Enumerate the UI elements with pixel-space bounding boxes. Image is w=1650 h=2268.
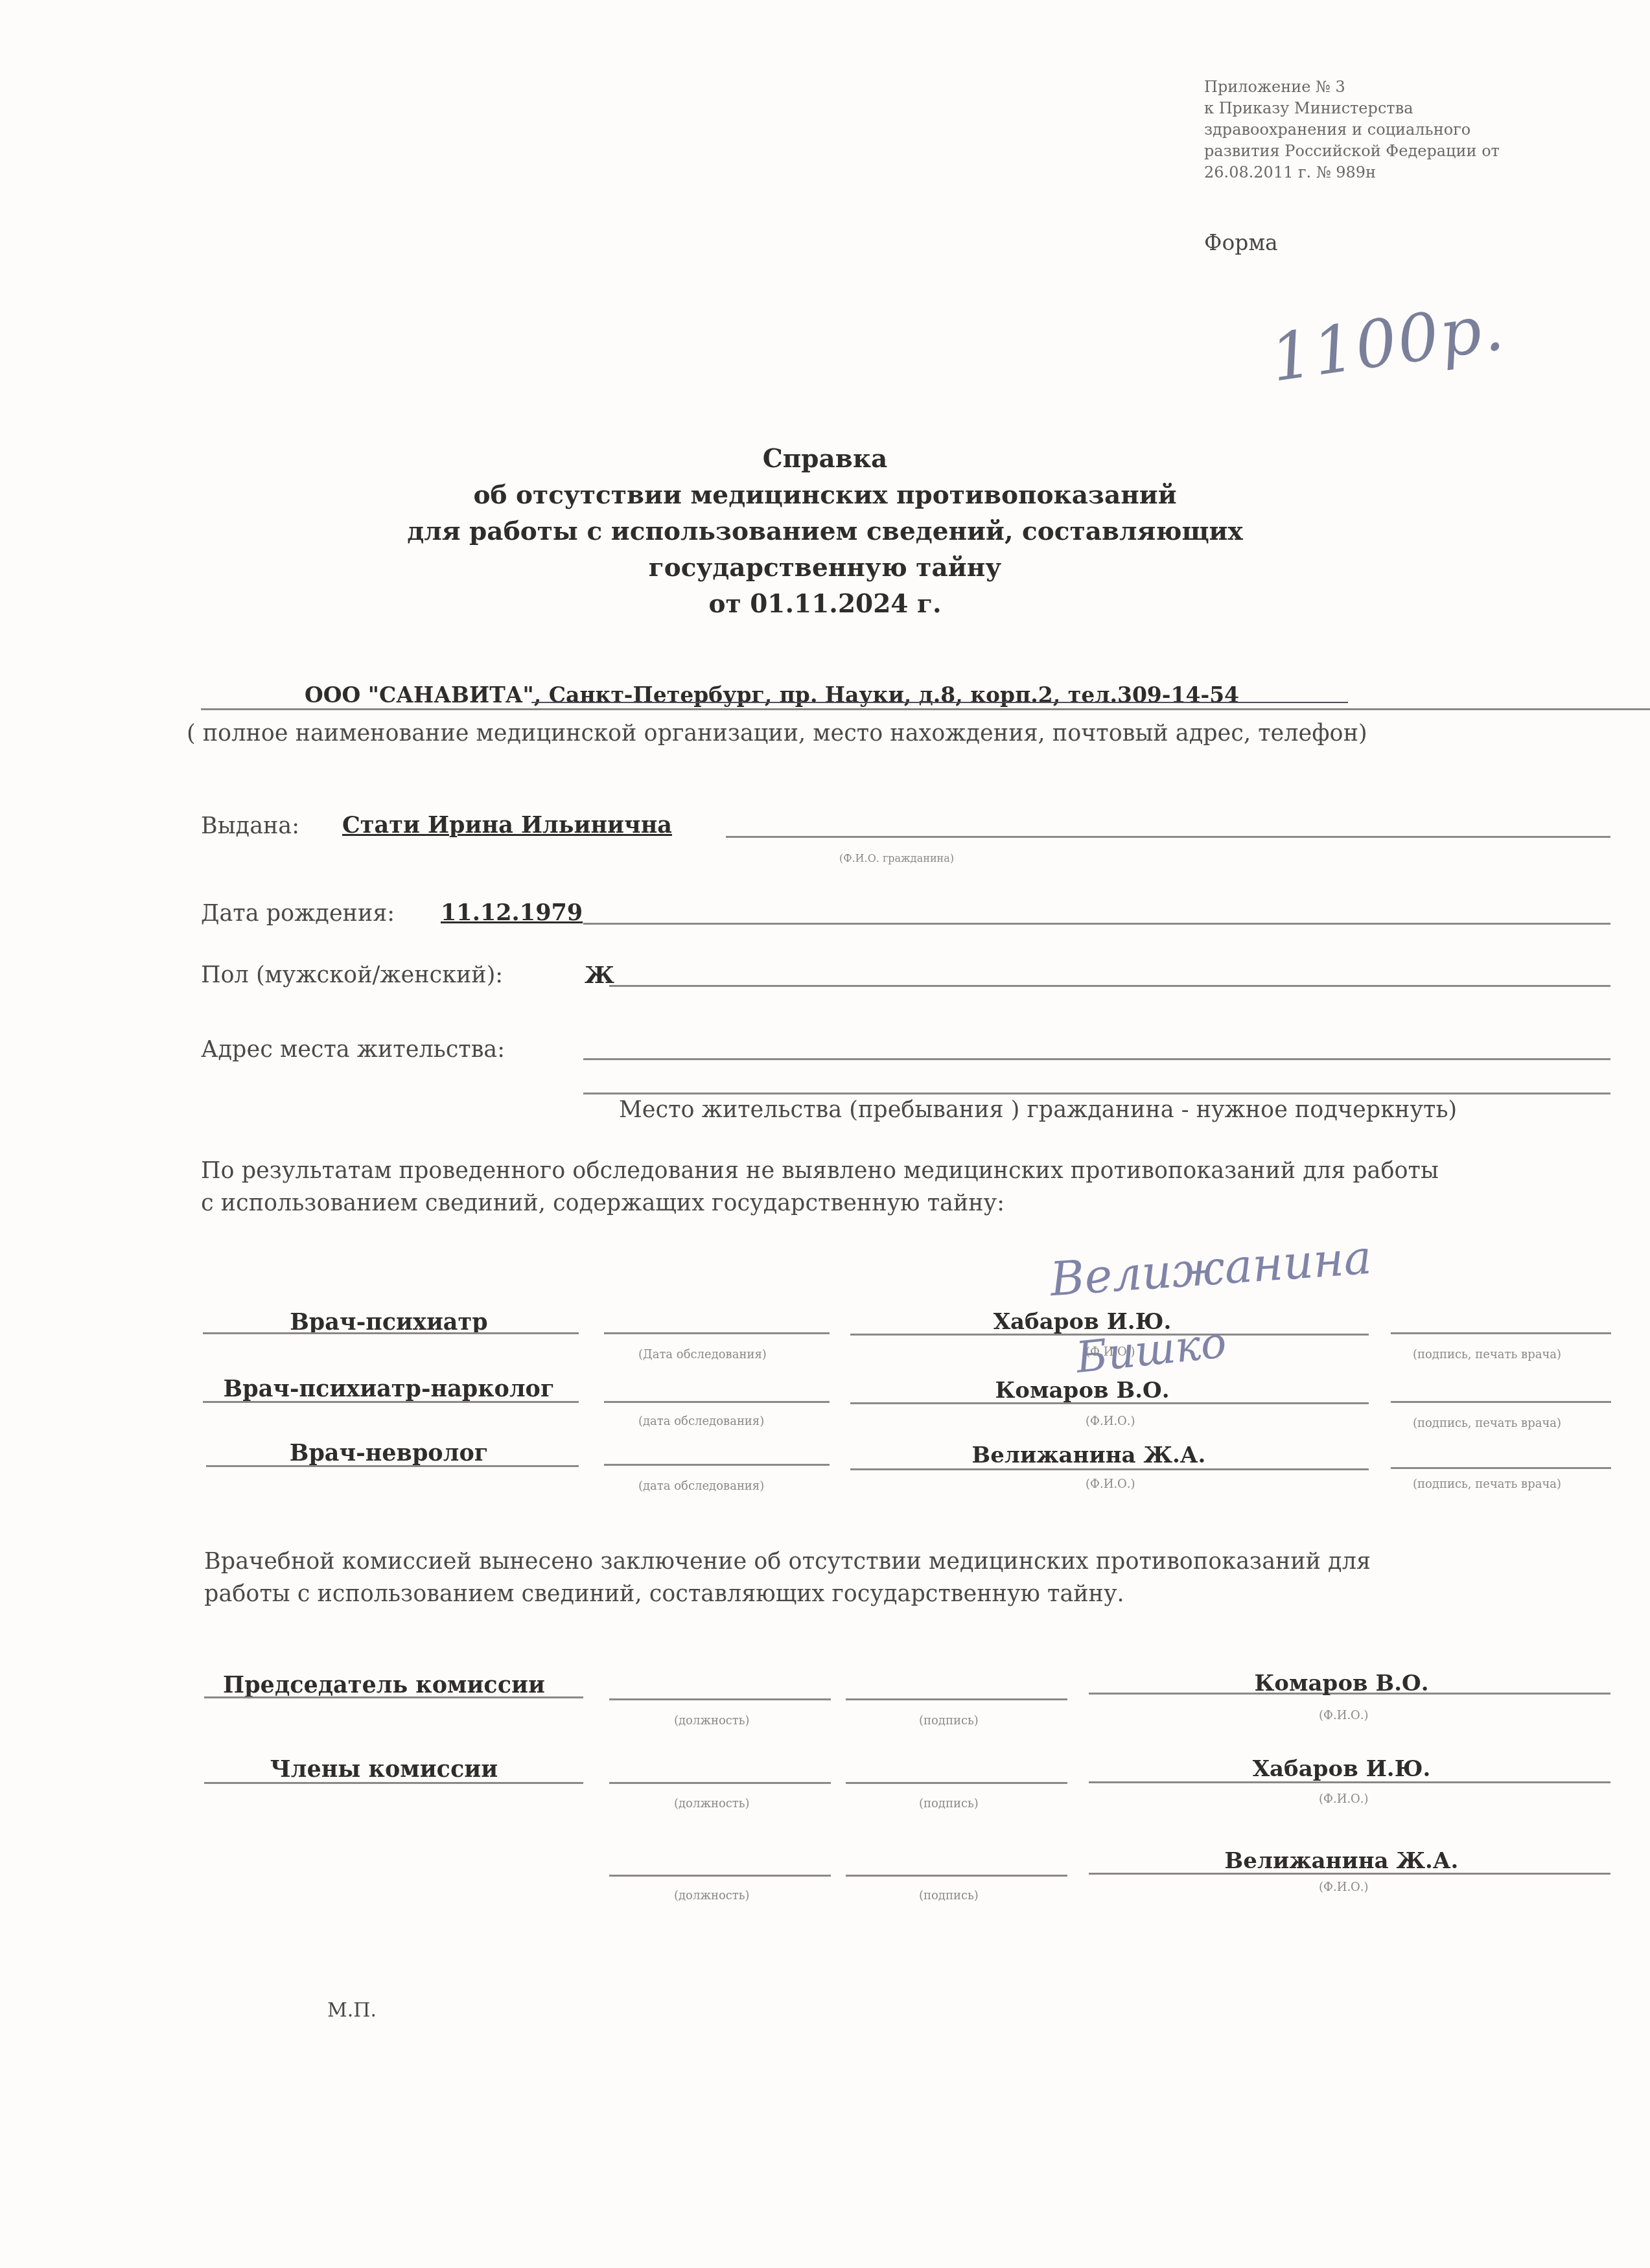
doctor-fio: Комаров В.О. [972,1378,1192,1404]
role-rule [203,1401,579,1403]
commission-fio: Комаров В.О. [1231,1671,1452,1696]
results-text: По результатам проведенного обследования… [201,1155,1439,1220]
commission-fio: Хабаров И.Ю. [1231,1756,1452,1782]
signature-caption: (подпись) [919,1889,979,1903]
position-field[interactable] [609,1875,831,1877]
signature-caption: (подпись, печать врача) [1413,1348,1561,1361]
issued-name: Стати Ирина Ильинична [342,812,672,839]
organization-caption: ( полное наименование медицинской органи… [187,721,1367,746]
appendix-line: к Приказу Министерства [1204,98,1500,119]
issued-rule [726,836,1610,838]
fio-caption: (Ф.И.О.) [1319,1709,1369,1722]
dob-text: 11.12.1979 [441,899,583,926]
address-rule-1 [583,1058,1610,1060]
doctor-role: Врач-психиатр [201,1309,577,1336]
fio-caption: (Ф.И.О.) [1086,1345,1135,1359]
stamp-label: М.П. [327,1999,377,2022]
exam-date-caption: (Дата обследования) [638,1348,767,1361]
fio-rule [850,1468,1369,1470]
signature-caption: (подпись, печать врача) [1413,1477,1561,1491]
doctor-role: Врач-невролог [201,1440,577,1466]
doctor-signature-field[interactable] [1391,1332,1611,1334]
position-field[interactable] [609,1698,831,1700]
results-line: с использованием свединий, содержащих го… [201,1187,1439,1220]
exam-date-field[interactable] [604,1401,830,1403]
handwritten-price-note: 1100р. [1266,288,1509,396]
position-caption: (должность) [674,1714,750,1728]
commission-line: работы с использованием свединий, состав… [204,1578,1371,1610]
title-line: для работы с использованием сведений, со… [0,513,1650,550]
role-rule [203,1332,579,1334]
signature-field[interactable] [846,1698,1067,1700]
title-line: об отсутствии медицинских противопоказан… [0,477,1650,513]
role-rule [204,1782,583,1784]
issued-caption: (Ф.И.О. гражданина) [839,852,954,864]
handwritten-signature: Велижанина [1049,1230,1373,1306]
title-line: государственную тайну [0,550,1650,586]
organization-rule [201,708,1650,710]
issued-label: Выдана: [201,813,299,839]
commission-role: Члены комиссии [204,1756,564,1783]
appendix-line: 26.08.2011 г. № 989н [1204,162,1500,183]
commission-role: Председатель комиссии [204,1672,564,1698]
position-caption: (должность) [674,1797,750,1811]
exam-date-caption: (дата обследования) [638,1479,764,1493]
sex-rule [609,985,1610,987]
organization-value: ООО "САНАВИТА", Санкт-Петербург, пр. Нау… [305,682,1239,708]
appendix-note: Приложение № 3 к Приказу Министерства зд… [1204,76,1500,183]
title-line: от 01.11.2024 г. [0,586,1650,622]
commission-text: Врачебной комиссией вынесено заключение … [204,1545,1371,1610]
dob-value[interactable]: 11.12.1979 [441,899,583,926]
doctor-signature-field[interactable] [1391,1401,1611,1403]
address-caption: Место жительства (пребывания ) гражданин… [619,1097,1457,1123]
signature-field[interactable] [846,1782,1067,1784]
fio-caption: (Ф.И.О.) [1319,1792,1369,1806]
results-line: По результатам проведенного обследования… [201,1155,1439,1187]
issued-value[interactable]: Стати Ирина Ильинична [342,812,672,839]
address-rule-2 [583,1093,1610,1094]
organization-strike-line [531,702,1348,703]
commission-line: Врачебной комиссией вынесено заключение … [204,1545,1371,1578]
appendix-line: здравоохранения и социального [1204,119,1500,141]
signature-caption: (подпись) [919,1797,979,1811]
fio-caption: (Ф.И.О.) [1086,1477,1135,1491]
signature-field[interactable] [846,1875,1067,1877]
doctor-fio: Хабаров И.Ю. [972,1309,1192,1335]
doctor-signature-field[interactable] [1391,1467,1611,1469]
appendix-line: Приложение № 3 [1204,76,1500,98]
fio-caption: (Ф.И.О.) [1086,1415,1135,1428]
doctor-role: Врач-психиатр-нарколог [201,1376,577,1402]
document-title: Справка об отсутствии медицинских против… [0,441,1650,622]
role-rule [204,1696,583,1698]
commission-fio: Велижанина Ж.А. [1212,1848,1471,1874]
exam-date-field[interactable] [604,1332,830,1334]
position-caption: (должность) [674,1889,750,1903]
exam-date-field[interactable] [604,1464,830,1466]
sex-label: Пол (мужской/женский): [201,962,503,988]
address-label: Адрес места жительства: [201,1037,505,1063]
dob-label: Дата рождения: [201,901,395,927]
form-label: Форма [1204,230,1278,255]
position-field[interactable] [609,1782,831,1784]
signature-caption: (подпись) [919,1714,979,1728]
fio-caption: (Ф.И.О.) [1319,1880,1369,1894]
signature-caption: (подпись, печать врача) [1413,1417,1561,1430]
role-rule [206,1465,579,1467]
exam-date-caption: (дата обследования) [638,1415,764,1428]
appendix-line: развития Российской Федерации от [1204,141,1500,162]
title-line: Справка [0,441,1650,477]
dob-rule [583,923,1610,925]
doctor-fio: Велижанина Ж.А. [959,1442,1218,1468]
